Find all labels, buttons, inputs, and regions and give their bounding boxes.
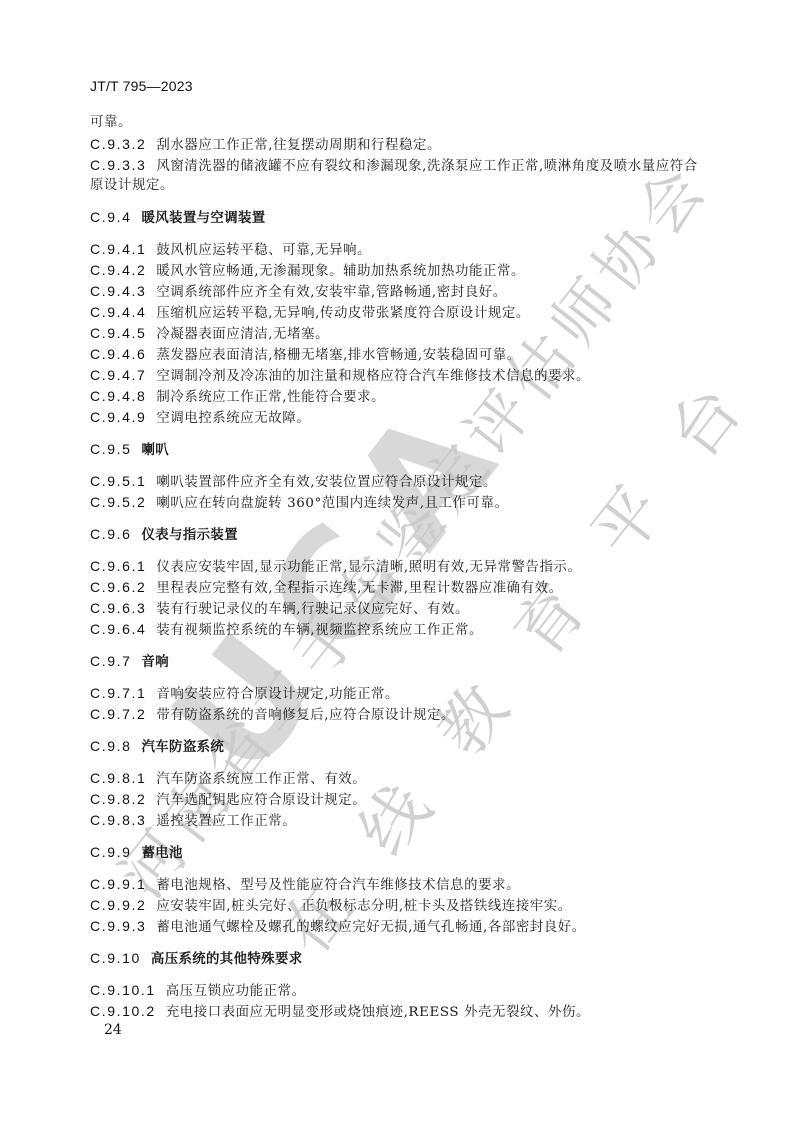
clause-text: 冷凝器表面应清洁,无堵塞。 bbox=[156, 327, 329, 342]
clause-number: C.9.6.2 bbox=[90, 578, 146, 596]
clause-text: 鼓风机应运转平稳、可靠,无异响。 bbox=[156, 243, 371, 258]
clause-number: C.9.4.3 bbox=[90, 282, 146, 300]
clause: C.9.4.8制冷系统应工作正常,性能符合要求。 bbox=[90, 387, 385, 407]
clause: C.9.9.2应安装牢固,桩头完好、正负极标志分明,桩卡头及搭铁线连接牢实。 bbox=[90, 896, 572, 916]
clause: C.9.9.1蓄电池规格、型号及性能应符合汽车维修技术信息的要求。 bbox=[90, 875, 520, 895]
clause: C.9.4.6蒸发器应表面清洁,格栅无堵塞,排水管畅通,安装稳固可靠。 bbox=[90, 345, 521, 365]
clause-number: C.9.6.4 bbox=[90, 620, 146, 638]
watermark-platform-name: 在线教育平台 bbox=[255, 316, 795, 970]
section-heading: C.9.6仪表与指示装置 bbox=[90, 525, 238, 545]
clause: C.9.8.1汽车防盗系统应工作正常、有效。 bbox=[90, 769, 366, 789]
clause: C.9.4.3空调系统部件应齐全有效,安装牢靠,管路畅通,密封良好。 bbox=[90, 282, 507, 302]
clause-text: 空调制冷剂及冷冻油的加注量和规格应符合汽车维修技术信息的要求。 bbox=[156, 369, 590, 384]
clause-text: 蓄电池规格、型号及性能应符合汽车维修技术信息的要求。 bbox=[156, 878, 520, 893]
clause-text: 应安装牢固,桩头完好、正负极标志分明,桩卡头及搭铁线连接牢实。 bbox=[156, 899, 571, 914]
clause: C.9.5.1喇叭装置部件应齐全有效,安装位置应符合原设计规定。 bbox=[90, 472, 497, 492]
clause-number: C.9.6.3 bbox=[90, 599, 146, 617]
section-heading: C.9.4暖风装置与空调装置 bbox=[90, 208, 266, 228]
clause: C.9.10.2充电接口表面应无明显变形或烧蚀痕迹,REESS 外壳无裂纹、外伤… bbox=[90, 1002, 590, 1022]
section-title: 蓄电池 bbox=[141, 846, 182, 861]
clause-text: 遥控装置应工作正常。 bbox=[156, 814, 296, 829]
clause: C.9.7.2带有防盗系统的音响修复后,应符合原设计规定。 bbox=[90, 705, 455, 725]
continuation-text: 可靠。 bbox=[90, 114, 132, 132]
clause-number: C.9.9.2 bbox=[90, 896, 146, 914]
clause-number: C.9.8.2 bbox=[90, 790, 146, 808]
clause-number: C.9.10.2 bbox=[90, 1002, 156, 1020]
page-number: 24 bbox=[104, 1022, 122, 1038]
clause-number: C.9.4.8 bbox=[90, 387, 146, 405]
section-title: 暖风装置与空调装置 bbox=[141, 211, 265, 226]
section-number: C.9.6 bbox=[90, 525, 131, 543]
section-number: C.9.10 bbox=[90, 949, 141, 967]
clause-text: 带有防盗系统的音响修复后,应符合原设计规定。 bbox=[156, 708, 455, 723]
clause-text: 风窗清洗器的储液罐不应有裂纹和渗漏现象,洗涤泵应工作正常,喷淋角度及喷水量应符合 bbox=[156, 159, 697, 174]
clause-text: 喇叭应在转向盘旋转 360°范围内连续发声,且工作可靠。 bbox=[156, 496, 508, 511]
clause-number: C.9.3.2 bbox=[90, 135, 146, 153]
section-title: 音响 bbox=[141, 655, 169, 670]
clause-text: 高压互锁应功能正常。 bbox=[166, 984, 306, 999]
clause-text: 压缩机应运转平稳,无异响,传动皮带张紧度符合原设计规定。 bbox=[156, 306, 529, 321]
clause-number: C.9.3.3 bbox=[90, 156, 146, 174]
clause: C.9.7.1音响安装应符合原设计规定,功能正常。 bbox=[90, 684, 399, 704]
clause: C.9.6.3装有行驶记录仪的车辆,行驶记录仪应完好、有效。 bbox=[90, 599, 469, 619]
clause-text: 仪表应安装牢固,显示功能正常,显示清晰,照明有效,无异常警告指示。 bbox=[156, 560, 581, 575]
clause: C.9.4.7空调制冷剂及冷冻油的加注量和规格应符合汽车维修技术信息的要求。 bbox=[90, 366, 590, 386]
section-title: 仪表与指示装置 bbox=[141, 528, 238, 543]
section-heading: C.9.9蓄电池 bbox=[90, 843, 183, 863]
clause-number: C.9.7.1 bbox=[90, 684, 146, 702]
clause: C.9.4.1鼓风机应运转平稳、可靠,无异响。 bbox=[90, 240, 371, 260]
clause-number: C.9.9.3 bbox=[90, 917, 146, 935]
document-page: JT/T 795—2023 UCA 河南省二手车鉴定评估师协会 在线教育平台 可… bbox=[0, 0, 800, 1131]
section-title: 汽车防盗系统 bbox=[141, 740, 224, 755]
clause-number: C.9.4.7 bbox=[90, 366, 146, 384]
clause: C.9.3.3风窗清洗器的储液罐不应有裂纹和渗漏现象,洗涤泵应工作正常,喷淋角度… bbox=[90, 156, 698, 176]
clause-text: 刮水器应工作正常,往复摆动周期和行程稳定。 bbox=[156, 138, 441, 153]
clause-number: C.9.4.6 bbox=[90, 345, 146, 363]
section-number: C.9.4 bbox=[90, 208, 131, 226]
clause-number: C.9.8.3 bbox=[90, 811, 146, 829]
clause-number: C.9.10.1 bbox=[90, 981, 156, 999]
clause: C.9.4.2暖风水管应畅通,无渗漏现象。辅助加热系统加热功能正常。 bbox=[90, 261, 525, 281]
clause-text: 制冷系统应工作正常,性能符合要求。 bbox=[156, 390, 385, 405]
clause-text: 里程表应完整有效,全程指示连续,无卡滞,里程计数器应准确有效。 bbox=[156, 581, 562, 596]
clause: C.9.6.1仪表应安装牢固,显示功能正常,显示清晰,照明有效,无异常警告指示。 bbox=[90, 557, 582, 577]
clause-text: 音响安装应符合原设计规定,功能正常。 bbox=[156, 687, 399, 702]
clause: C.9.4.9空调电控系统应无故障。 bbox=[90, 408, 310, 428]
clause-number: C.9.5.1 bbox=[90, 472, 146, 490]
section-number: C.9.7 bbox=[90, 652, 131, 670]
clause: C.9.4.4压缩机应运转平稳,无异响,传动皮带张紧度符合原设计规定。 bbox=[90, 303, 530, 323]
clause: C.9.6.2里程表应完整有效,全程指示连续,无卡滞,里程计数器应准确有效。 bbox=[90, 578, 563, 598]
clause: C.9.8.2汽车选配钥匙应符合原设计规定。 bbox=[90, 790, 366, 810]
clause-number: C.9.5.2 bbox=[90, 493, 146, 511]
section-number: C.9.5 bbox=[90, 440, 131, 458]
clause: C.9.10.1高压互锁应功能正常。 bbox=[90, 981, 306, 1001]
clause: C.9.4.5冷凝器表面应清洁,无堵塞。 bbox=[90, 324, 329, 344]
section-number: C.9.9 bbox=[90, 843, 131, 861]
clause-text: 汽车防盗系统应工作正常、有效。 bbox=[156, 772, 366, 787]
clause-number: C.9.4.9 bbox=[90, 408, 146, 426]
section-heading: C.9.7音响 bbox=[90, 652, 169, 672]
clause-number: C.9.6.1 bbox=[90, 557, 146, 575]
continuation-text: 原设计规定。 bbox=[90, 177, 174, 195]
clause-number: C.9.7.2 bbox=[90, 705, 146, 723]
clause-text: 汽车选配钥匙应符合原设计规定。 bbox=[156, 793, 366, 808]
section-number: C.9.8 bbox=[90, 737, 131, 755]
clause-number: C.9.4.5 bbox=[90, 324, 146, 342]
clause-text: 喇叭装置部件应齐全有效,安装位置应符合原设计规定。 bbox=[156, 475, 497, 490]
clause-text: 充电接口表面应无明显变形或烧蚀痕迹,REESS 外壳无裂纹、外伤。 bbox=[166, 1005, 590, 1020]
section-title: 高压系统的其他特殊要求 bbox=[151, 952, 303, 967]
section-heading: C.9.10高压系统的其他特殊要求 bbox=[90, 949, 303, 969]
clause: C.9.6.4装有视频监控系统的车辆,视频监控系统应工作正常。 bbox=[90, 620, 483, 640]
clause-text: 暖风水管应畅通,无渗漏现象。辅助加热系统加热功能正常。 bbox=[156, 264, 525, 279]
clause-text: 装有视频监控系统的车辆,视频监控系统应工作正常。 bbox=[156, 623, 483, 638]
clause: C.9.9.3蓄电池通气螺栓及螺孔的螺纹应完好无损,通气孔畅通,各部密封良好。 bbox=[90, 917, 586, 937]
clause-text: 空调系统部件应齐全有效,安装牢靠,管路畅通,密封良好。 bbox=[156, 285, 506, 300]
clause-text: 空调电控系统应无故障。 bbox=[156, 411, 310, 426]
clause: C.9.8.3遥控装置应工作正常。 bbox=[90, 811, 296, 831]
clause: C.9.3.2刮水器应工作正常,往复摆动周期和行程稳定。 bbox=[90, 135, 441, 155]
section-heading: C.9.5喇叭 bbox=[90, 440, 169, 460]
document-code-header: JT/T 795—2023 bbox=[90, 78, 193, 94]
clause-text: 蓄电池通气螺栓及螺孔的螺纹应完好无损,通气孔畅通,各部密封良好。 bbox=[156, 920, 585, 935]
section-title: 喇叭 bbox=[141, 443, 169, 458]
clause-number: C.9.4.1 bbox=[90, 240, 146, 258]
clause-number: C.9.8.1 bbox=[90, 769, 146, 787]
clause-number: C.9.9.1 bbox=[90, 875, 146, 893]
clause-text: 蒸发器应表面清洁,格栅无堵塞,排水管畅通,安装稳固可靠。 bbox=[156, 348, 520, 363]
clause-text: 装有行驶记录仪的车辆,行驶记录仪应完好、有效。 bbox=[156, 602, 469, 617]
clause-number: C.9.4.4 bbox=[90, 303, 146, 321]
clause: C.9.5.2喇叭应在转向盘旋转 360°范围内连续发声,且工作可靠。 bbox=[90, 493, 509, 513]
clause-number: C.9.4.2 bbox=[90, 261, 146, 279]
section-heading: C.9.8汽车防盗系统 bbox=[90, 737, 224, 757]
